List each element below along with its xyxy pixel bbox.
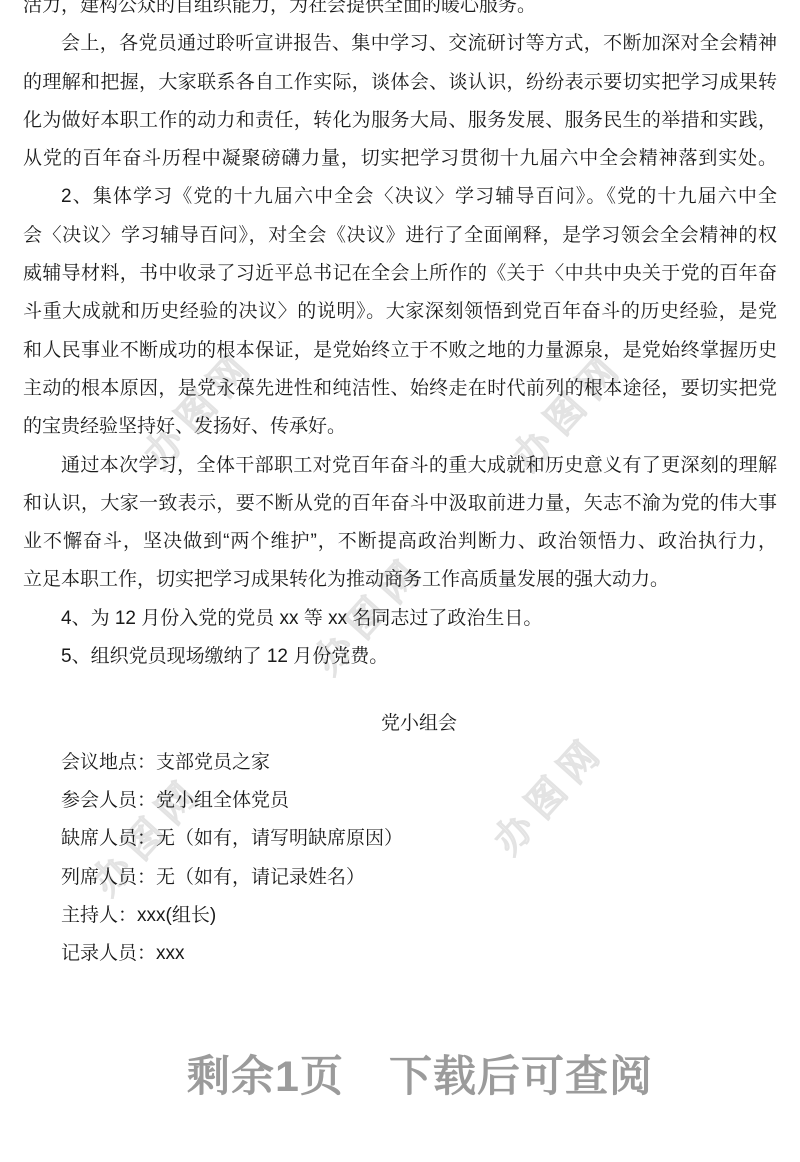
document-page: 办图网 办图网 办图网 办图网 办图网 活力，建构公众的自组织能力，为社会提供全… (0, 0, 800, 1162)
text-line: 斗重大成就和历史经验的决议〉的说明》。大家深刻领悟到党百年奋斗的历史经验，是党 (23, 293, 777, 331)
download-hint-label: 下载后可查阅 (389, 1053, 653, 1101)
meeting-location-line: 会议地点：支部党员之家 (23, 744, 777, 782)
text-line: 2、集体学习《党的十九届六中全会〈决议〉学习辅导百问》。《党的十九届六中全 (23, 178, 777, 216)
text-line: 从党的百年奋斗历程中凝聚磅礴力量，切实把学习贯彻十九届六中全会精神落到实处。 (23, 140, 777, 178)
text-line: 会上，各党员通过聆听宣讲报告、集中学习、交流研讨等方式，不断加深对全会精神 (23, 25, 777, 63)
text-line: 和人民事业不断成功的根本保证，是党始终立于不败之地的力量源泉，是党始终掌握历史 (23, 332, 777, 370)
meeting-observers-line: 列席人员：无（如有，请记录姓名） (23, 859, 777, 897)
text-line: 的理解和把握，大家联系各自工作实际，谈体会、谈认识，纷纷表示要切实把学习成果转 (23, 64, 777, 102)
text-line: 活力，建构公众的自组织能力，为社会提供全面的暖心服务。 (23, 0, 777, 25)
download-banner: 剩余1页下载后可查阅 (0, 1053, 800, 1101)
meeting-absent-line: 缺席人员：无（如有，请写明缺席原因） (23, 820, 777, 858)
text-line: 业不懈奋斗，坚决做到“两个维护”，不断提高政治判断力、政治领悟力、政治执行力， (23, 523, 777, 561)
text-line: 4、为 12 月份入党的党员 xx 等 xx 名同志过了政治生日。 (23, 600, 777, 638)
document-body: 活力，建构公众的自组织能力，为社会提供全面的暖心服务。 会上，各党员通过聆听宣讲… (23, 0, 777, 973)
text-line: 化为做好本职工作的动力和责任，转化为服务大局、服务发展、服务民生的举措和实践， (23, 102, 777, 140)
text-line: 主动的根本原因，是党永葆先进性和纯洁性、始终走在时代前列的根本途径，要切实把党 (23, 370, 777, 408)
text-line: 通过本次学习，全体干部职工对党百年奋斗的重大成就和历史意义有了更深刻的理解 (23, 447, 777, 485)
text-line: 立足本职工作，切实把学习成果转化为推动商务工作高质量发展的强大动力。 (23, 561, 777, 599)
text-line: 威辅导材料，书中收录了习近平总书记在全会上所作的《关于〈中共中央关于党的百年奋 (23, 255, 777, 293)
text-line: 会〈决议〉学习辅导百问》，对全会《决议》进行了全面阐释，是学习领会全会精神的权 (23, 217, 777, 255)
section-title: 党小组会 (23, 705, 777, 743)
blank-line (23, 676, 777, 705)
text-line: 和认识，大家一致表示，要不断从党的百年奋斗中汲取前进力量，矢志不渝为党的伟大事 (23, 485, 777, 523)
meeting-attendees-line: 参会人员：党小组全体党员 (23, 782, 777, 820)
text-line: 的宝贵经验坚持好、发扬好、传承好。 (23, 408, 777, 446)
text-line: 5、组织党员现场缴纳了 12 月份党费。 (23, 638, 777, 676)
remaining-pages-label: 剩余1页 (187, 1053, 344, 1101)
meeting-recorder-line: 记录人员：xxx (23, 935, 777, 973)
meeting-host-line: 主持人：xxx(组长) (23, 897, 777, 935)
